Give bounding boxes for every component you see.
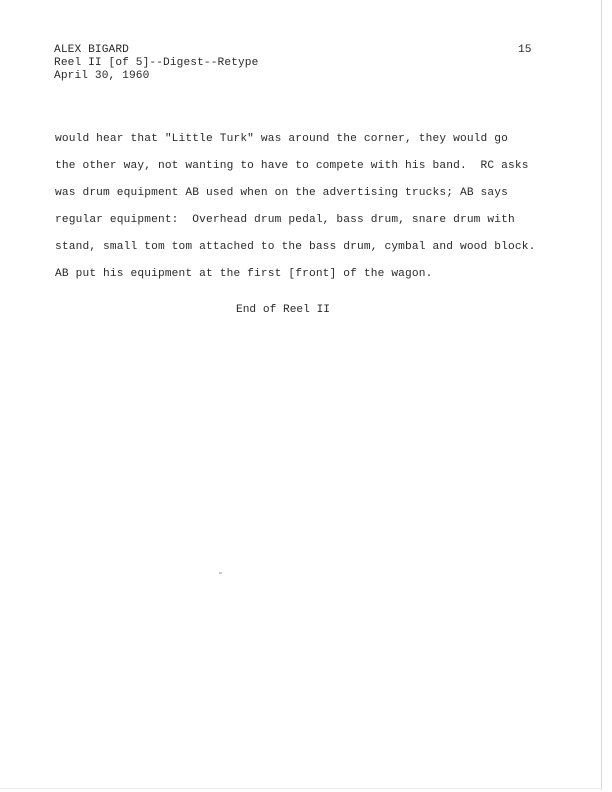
page-edge-right — [601, 0, 602, 790]
document-page: ALEX BIGARD Reel II [of 5]--Digest--Rety… — [0, 0, 612, 792]
body-line: AB put his equipment at the first [front… — [55, 261, 565, 288]
header-name: ALEX BIGARD — [54, 44, 258, 57]
body-line: was drum equipment AB used when on the a… — [55, 180, 565, 207]
body-text: would hear that "Little Turk" was around… — [55, 126, 565, 288]
header-date: April 30, 1960 — [54, 70, 258, 83]
body-line: stand, small tom tom attached to the bas… — [55, 234, 565, 261]
document-header: ALEX BIGARD Reel II [of 5]--Digest--Rety… — [54, 44, 258, 83]
page-number: 15 — [518, 44, 531, 57]
end-of-reel-note: End of Reel II — [236, 304, 330, 317]
body-line: regular equipment: Overhead drum pedal, … — [55, 207, 565, 234]
scan-speck — [219, 572, 222, 574]
body-line: would hear that "Little Turk" was around… — [55, 126, 565, 153]
header-reel: Reel II [of 5]--Digest--Retype — [54, 57, 258, 70]
page-edge-bottom — [0, 788, 602, 789]
body-line: the other way, not wanting to have to co… — [55, 153, 565, 180]
